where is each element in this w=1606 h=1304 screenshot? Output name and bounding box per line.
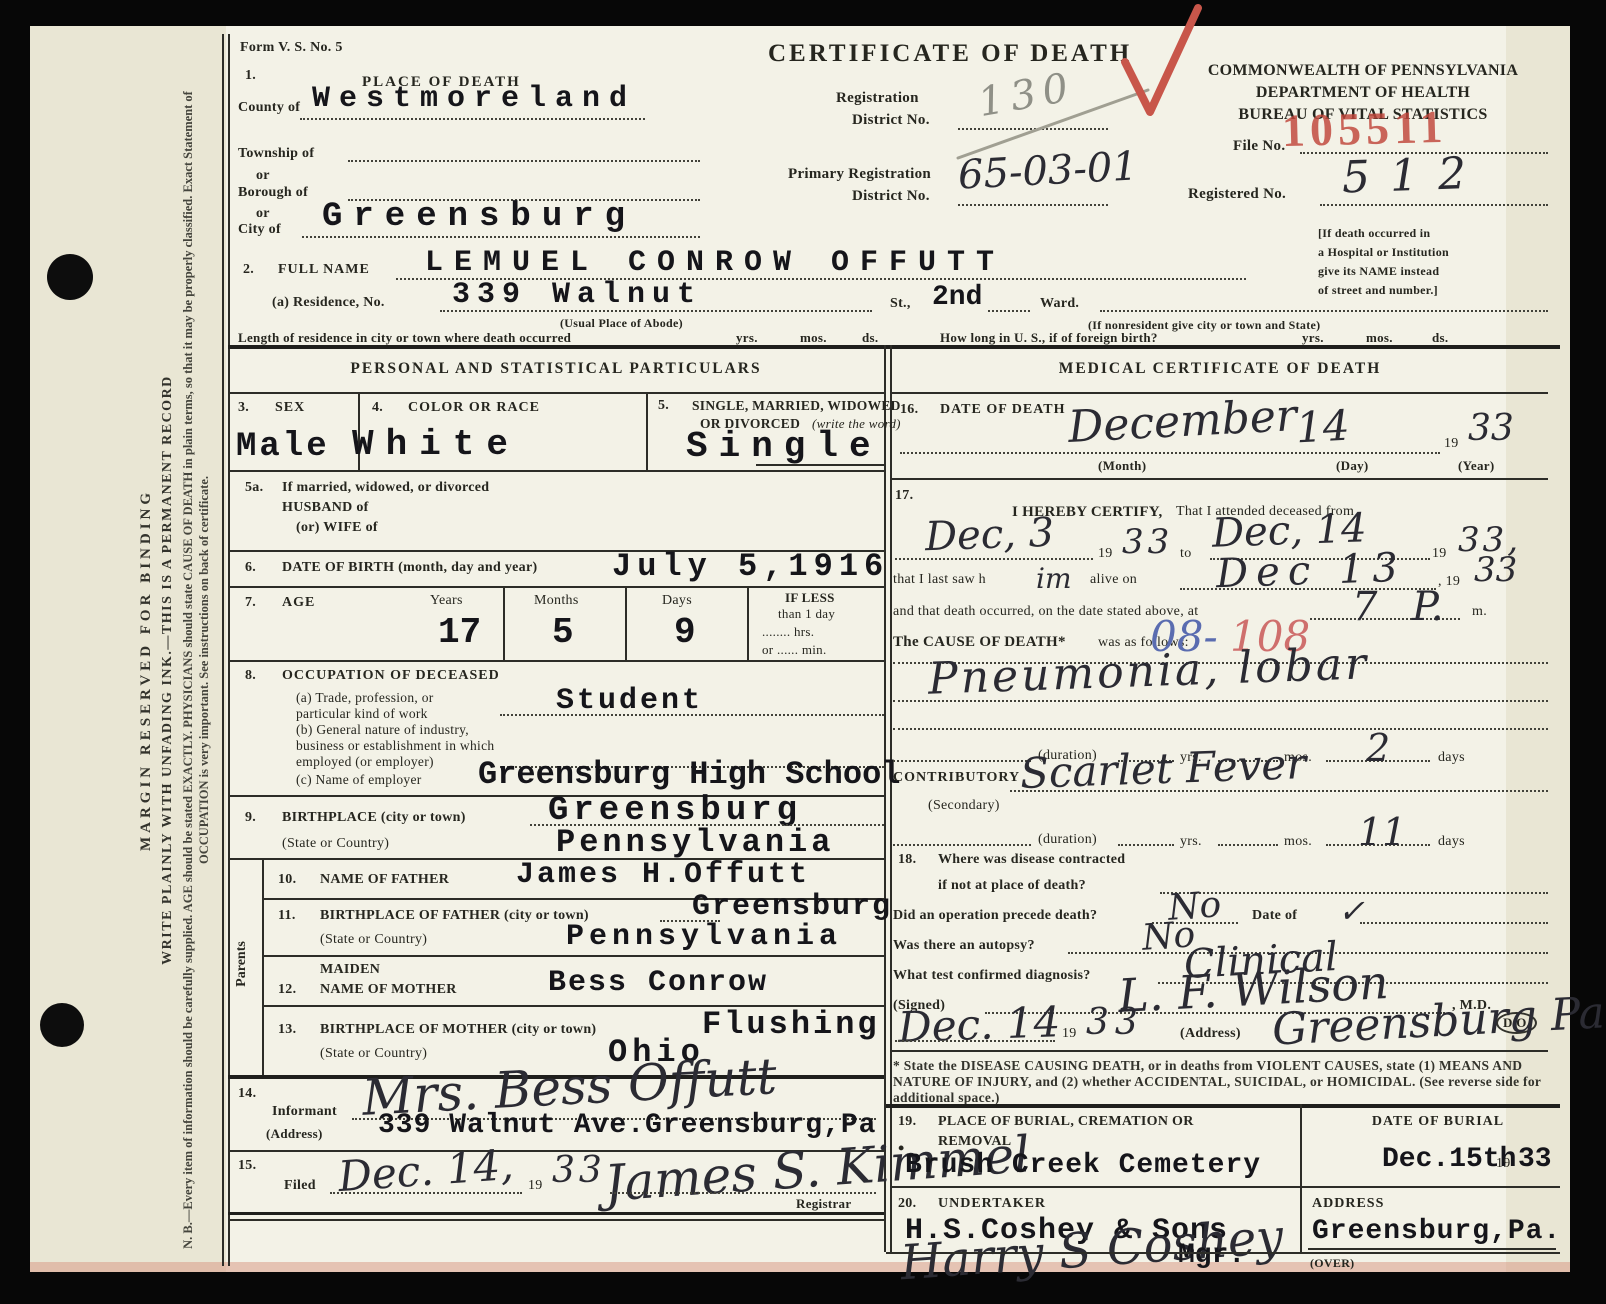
burial-address-underline [1308,1248,1556,1250]
sign-year-handwritten: 33 [1086,1002,1144,1043]
occupation-a-line1: (a) Trade, profession, or [296,690,434,706]
age-divider-1 [503,586,505,660]
occupation-number: 8. [245,668,256,684]
duration2-dotted-b [1218,844,1278,846]
row7-rule [228,660,884,662]
test-label: What test confirmed diagnosis? [893,968,1091,984]
lastsaw-alive-label: alive on [1090,572,1137,588]
length-ds-label: ds. [862,330,878,346]
mother-bp-state-label: (State or Country) [320,1046,427,1062]
age-years-value: 17 [438,612,481,653]
q18-number: 18. [898,852,916,868]
cause-footnote: * State the DISEASE CAUSING DEATH, or in… [893,1058,1548,1106]
age-days-label: Days [662,593,692,609]
race-value: White [352,424,520,465]
father-bp-label: BIRTHPLACE OF FATHER (city or town) [320,908,589,924]
hospital-note-line4: of street and number.] [1318,283,1438,298]
cause-label-bold: The CAUSE OF DEATH* [893,634,1066,651]
father-value: James H.Offutt [516,858,810,892]
duration2-days: days [1438,834,1465,850]
ward-dotted-line [1100,310,1548,312]
occupation-b-line1: (b) General nature of industry, [296,722,469,738]
residence-label: (a) Residence, No. [272,295,385,311]
length-residence-label: Length of residence in city or town wher… [238,330,571,346]
duration1-days: days [1438,750,1465,766]
mother-label: NAME OF MOTHER [320,982,457,998]
township-label: Township of [238,146,314,162]
race-marital-divider [646,392,648,470]
form-border-outer [222,34,224,1266]
sex-value: Male [236,428,330,466]
informant-address-value: 339 Walnut Ave.Greensburg,Pa [378,1110,876,1141]
occupation-b-line3: employed (or employer) [296,754,434,770]
filed-dotted-2 [610,1192,876,1194]
parents-bracket-line [262,858,264,1075]
birthplace-state-value: Pennsylvania [556,824,834,861]
medical-heading: MEDICAL CERTIFICATE OF DEATH [892,360,1548,378]
header-separator-rule [228,345,1560,349]
city-dotted-line [302,236,700,238]
dod-year-printed: 19 [1444,436,1459,452]
certify-year1-handwritten: 33 [1122,522,1173,562]
undertaker-number: 20. [898,1196,916,1212]
registration-district-label2: District No. [852,112,930,129]
secondary-label: (Secondary) [928,798,1000,814]
sex-number: 3. [238,400,249,416]
dod-month-label: (Month) [1098,458,1146,474]
informant-number: 14. [238,1086,256,1102]
sign-date-dotted [895,1040,1055,1042]
duration1-handwritten: 2 [1366,726,1390,770]
row6-rule [228,586,884,588]
duration2-handwritten: 11 [1358,810,1406,854]
lastsaw-label: that I last saw h [893,572,986,588]
dob-number: 6. [245,560,256,576]
mother-value: Bess Conrow [548,966,768,1000]
father-bp-state-label: (State or Country) [320,932,427,948]
howlong-ds-label: ds. [1432,330,1448,346]
filed-number: 15. [238,1158,256,1174]
age-label: AGE [282,595,315,611]
left-bottom-rule-1 [228,1212,884,1215]
dob-label: DATE OF BIRTH (month, day and year) [282,560,537,576]
race-label: COLOR OR RACE [408,400,540,416]
ward-dotted-stub [988,310,1030,312]
primary-registration-dotted-line [958,204,1108,206]
contributory-dotted [1010,790,1548,792]
operation-label: Did an operation precede death? [893,908,1097,924]
age-months-value: 5 [552,612,574,653]
contributory-label: CONTRIBUTORY [893,770,1020,786]
occupation-a-dotted [500,714,884,716]
center-divider-outer [884,345,886,1252]
primary-registration-label2: District No. [852,188,930,205]
birthplace-label: BIRTHPLACE (city or town) [282,810,466,826]
section1-number: 1. [245,68,256,84]
sign-address-label: (Address) [1180,1026,1241,1042]
mother-number: 12. [278,982,296,998]
duration2-mos: mos. [1284,834,1312,850]
dod-dotted [900,452,1440,454]
occupation-b-line2: business or establishment in which [296,738,494,754]
registered-no-dotted-line [1320,204,1548,206]
section2-number: 2. [243,262,254,278]
primary-registration-value: 65-03-01 [957,143,1139,198]
occupation-a-line2: particular kind of work [296,706,428,722]
burial-top-rule [886,1104,1560,1108]
filed-year-printed: 19 [528,1178,543,1194]
spouse-line1: If married, widowed, or divorced [282,480,489,496]
abode-note: (Usual Place of Abode) [560,316,683,331]
certify-year1-printed: 19 [1098,546,1113,562]
time-handwritten: 7 [1352,584,1377,630]
burial-place-label1: PLACE OF BURIAL, CREMATION OR [938,1114,1194,1130]
mother-bp-number: 13. [278,1022,296,1038]
duration2-yrs: yrs. [1180,834,1202,850]
ifless-line1: IF LESS [785,590,835,606]
burial-date-underline [1300,1186,1560,1188]
burial-bottom-rule [886,1252,1560,1254]
margin-line2: WRITE PLAINLY WITH UNFADING INK.—THIS IS… [160,72,176,1268]
marital-value: Single [686,426,882,467]
age-months-label: Months [534,593,579,609]
duration1-dotted-lead [893,760,1031,762]
form-border-inner [228,34,230,1266]
burial-number: 19. [898,1114,916,1130]
ampm-handwritten: P. [1412,584,1444,630]
dod-year-label: (Year) [1458,458,1494,474]
sex-label: SEX [275,400,305,416]
certify-year2-printed: 19 [1432,546,1447,562]
marital-underline [756,464,884,466]
occupation-c-label: (c) Name of employer [296,772,422,788]
county-dotted-line [300,118,645,120]
borough-label: Borough of [238,185,308,201]
center-divider-inner [890,345,892,1252]
dod-number: 16. [900,402,918,418]
burial-place-underline [892,1186,1300,1188]
sign-year-printed: 19 [1062,1026,1077,1042]
burial-address-value: Greensburg,Pa. [1312,1216,1561,1247]
birthplace-state-label: (State or Country) [282,836,389,852]
undertaker-label: UNDERTAKER [938,1196,1046,1212]
dod-label: DATE OF DEATH [940,402,1066,418]
birthplace-number: 9. [245,810,256,826]
row3-rule [228,470,884,472]
q18-line1: Where was disease contracted [938,852,1125,868]
ward-value: 2nd [932,282,982,313]
burial-place-label2: REMOVAL [938,1134,1011,1150]
dod-day-handwritten: 14 [1295,401,1351,453]
filed-year-handwritten: 33 [552,1150,606,1191]
marital-label-line1: SINGLE, MARRIED, WIDOWED [692,398,901,414]
spouse-line3: (or) WIFE of [296,520,378,536]
marital-number: 5. [658,398,669,414]
burial-place-value: Brush Creek Cemetery [905,1150,1261,1181]
certify-to-label: to [1180,546,1192,562]
hospital-note-line3: give its NAME instead [1318,264,1439,279]
dod-day-label: (Day) [1336,458,1369,474]
father-number: 10. [278,872,296,888]
full-name-value: LEMUEL CONROW OFFUTT [425,246,1005,280]
punch-hole-bottom [40,1003,84,1047]
spouse-line2: HUSBAND of [282,500,369,516]
howlong-label: How long in U. S., if of foreign birth? [940,330,1158,346]
autopsy-label: Was there an autopsy? [893,938,1035,954]
informant-label: Informant [272,1104,337,1120]
personal-heading: PERSONAL AND STATISTICAL PARTICULARS [228,360,884,378]
dateof-handwritten: ✓ [1338,892,1365,930]
occupation-label: OCCUPATION OF DECEASED [282,668,500,684]
father-bp-state: Pennsylvania [566,920,842,954]
scanned-death-certificate: MARGIN RESERVED FOR BINDING WRITE PLAINL… [0,0,1606,1304]
occupation-a-value: Student [556,684,703,718]
registered-no-value: 512 [1341,148,1487,204]
filed-dotted-1 [330,1192,522,1194]
full-name-label: FULL NAME [278,262,370,278]
length-yrs-label: yrs. [736,330,758,346]
dod-year-handwritten: 33 [1468,408,1514,449]
lastsaw-dotted [1180,588,1436,590]
filed-label: Filed [284,1178,316,1194]
file-no-stamp: 105511 [1281,100,1448,157]
burial-address-label: ADDRESS [1312,1196,1384,1212]
occupation-c-value: Greensburg High School [478,756,900,793]
row16-rule [892,478,1548,480]
registration-district-label1: Registration [836,90,919,107]
duration2-dotted-lead [893,844,1031,846]
parents-bracket-label: Parents [234,856,250,1072]
personal-heading-rule [228,392,884,394]
age-number: 7. [245,595,256,611]
ifless-min: or ...... min. [762,642,827,658]
punch-hole-top [47,254,93,300]
age-divider-2 [625,586,627,660]
certify-number: 17. [895,488,913,504]
burial-bullet: • [898,1138,905,1159]
duration2-label: (duration) [1038,832,1097,848]
ward-label: Ward. [1040,296,1079,312]
burial-date-label: DATE OF BURIAL [1318,1114,1558,1130]
ifless-line2: than 1 day [778,606,835,622]
or-label-1: or [256,168,270,184]
father-label: NAME OF FATHER [320,872,449,888]
certify-from-handwritten: Dec, 3 [924,510,1055,560]
margin-line1: MARGIN RESERVED FOR BINDING [138,72,155,1268]
ifless-hrs: ........ hrs. [762,624,814,640]
signed-block-rule [892,1050,1548,1052]
mother-bp-label: BIRTHPLACE OF MOTHER (city or town) [320,1022,596,1038]
over-label: (OVER) [1310,1256,1354,1271]
mother-bp-city: Flushing [702,1006,880,1043]
age-years-label: Years [430,593,463,609]
st-label: St., [890,296,911,312]
maiden-label: MAIDEN [320,962,380,978]
county-label: County of [238,100,300,116]
registrar-label: Registrar [796,1196,851,1212]
city-label: City of [238,222,281,238]
duration2-dotted-a [1118,844,1174,846]
row11-rule [262,955,884,957]
dob-value: July 5,1916 [612,548,889,585]
left-bottom-rule-2 [228,1219,884,1221]
certify-dotted-1 [895,558,1093,560]
residence-dotted-line [440,310,872,312]
burial-date-year-value: 33 [1518,1144,1552,1175]
length-mos-label: mos. [800,330,827,346]
hospital-note-line1: [If death occurred in [1318,226,1430,241]
township-dotted-line [348,160,700,162]
burial-date-year-printed: 19 [1496,1156,1511,1172]
dateof-label: Date of [1252,908,1297,924]
undertaker-mgr-label: Mgr. [1178,1240,1245,1271]
age-divider-3 [747,586,749,660]
cause-dotted-3 [893,728,1548,730]
operation-dotted-2 [1360,922,1548,924]
hospital-note-line2: a Hospital or Institution [1318,245,1449,260]
informant-address-label: (Address) [266,1126,323,1142]
sign-date-handwritten: Dec. 14 [897,997,1061,1052]
age-days-value: 9 [674,612,696,653]
primary-registration-label1: Primary Registration [788,166,931,183]
spouse-number: 5a. [245,480,263,496]
burial-divider [1300,1104,1302,1252]
residence-value: 339 Walnut [452,278,702,312]
occurred-m-label: m. [1472,604,1487,620]
race-number: 4. [372,400,383,416]
city-value: Greensburg [322,198,636,236]
cause-dotted-2 [893,700,1548,702]
father-bp-number: 11. [278,908,296,924]
or-label-2: or [256,206,270,222]
q18-line2: if not at place of death? [938,878,1086,894]
margin-nb-note: N. B.—Every item of information should b… [181,72,212,1268]
father-bp-city: Greensburg [692,890,892,924]
howlong-yrs-label: yrs. [1302,330,1324,346]
lastsaw-year-handwritten: 33 [1474,550,1517,590]
form-number: Form V. S. No. 5 [240,40,343,56]
county-value: Westmoreland [312,82,636,116]
lastsaw-him-handwritten: im [1036,562,1072,595]
howlong-mos-label: mos. [1366,330,1393,346]
